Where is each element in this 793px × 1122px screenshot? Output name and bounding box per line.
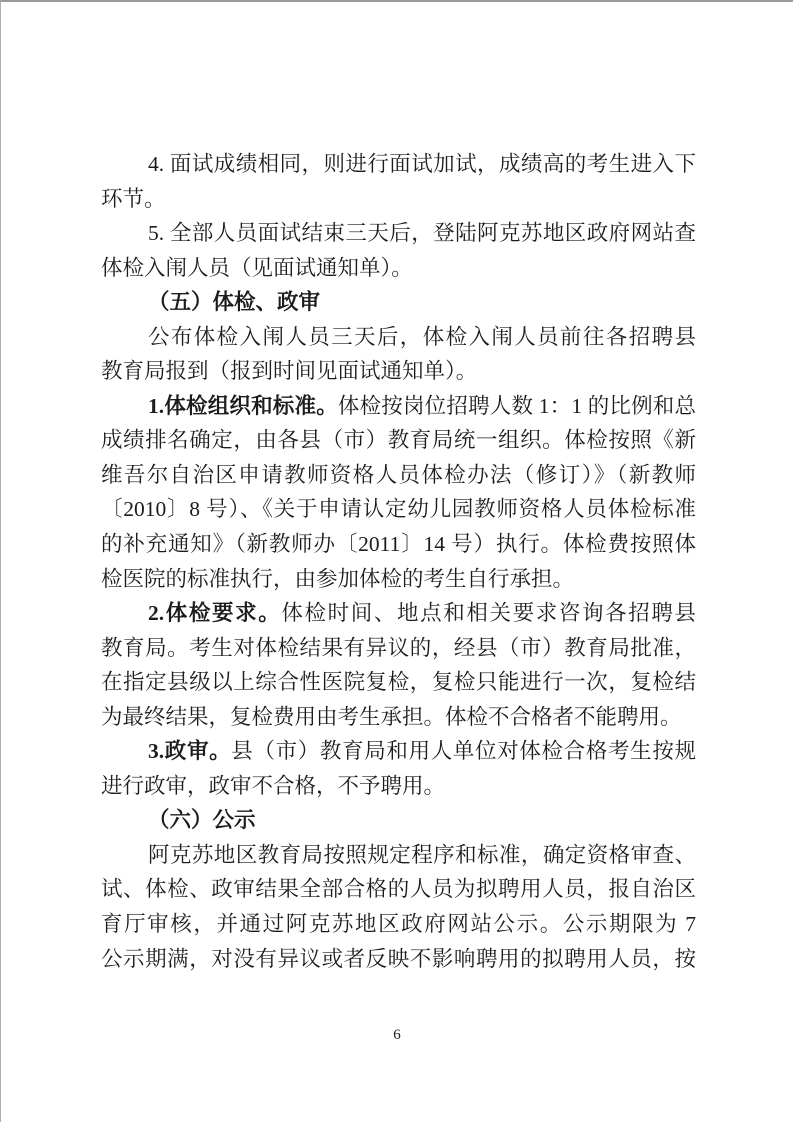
line-text: 育厅审核，并通过阿克苏地区政府网站公示。公示期限为 7 天。 xyxy=(101,912,696,942)
line-text: 教育局。考生对体检结果有异议的，经县（市）教育局批准，可 xyxy=(101,636,696,666)
line-text: 公示期满，对没有异议或者反映不影响聘用的拟聘用人员，按照 xyxy=(101,947,696,977)
text-line: 的补充通知》（新教师办〔2011〕14 号）执行。体检费按照体 xyxy=(101,527,696,562)
line-text: 〔2010〕8 号）、《关于申请认定幼儿园教师资格人员体检标准 xyxy=(101,497,696,521)
text-line: 3.政审。县（市）教育局和用人单位对体检合格考生按规定 xyxy=(101,734,696,769)
page-number: 6 xyxy=(1,1024,793,1046)
text-line: 进行政审，政审不合格，不予聘用。 xyxy=(101,769,696,804)
text-line: 维吾尔自治区申请教师资格人员体检办法（修订）》（新教师 xyxy=(101,458,696,493)
document-body: 4. 面试成绩相同，则进行面试加试，成绩高的考生进入下一 环节。 5. 全部人员… xyxy=(101,147,696,976)
line-text: 在指定县级以上综合性医院复检，复检只能进行一次，复检结果 xyxy=(101,670,696,700)
line-bold-lead: 1.体检组织和标准。 xyxy=(148,394,338,418)
line-text: 4. 面试成绩相同，则进行面试加试，成绩高的考生进入下一 xyxy=(101,152,696,182)
text-line: 1.体检组织和标准。体检按岗位招聘人数 1：1 的比例和总 xyxy=(101,389,696,424)
text-line: 为最终结果，复检费用由考生承担。体检不合格者不能聘用。 xyxy=(101,700,696,735)
text-line: 环节。 xyxy=(101,182,696,217)
heading-text: （五）体检、政审 xyxy=(148,290,320,314)
line-text: 公布体检入闱人员三天后，体检入闱人员前往各招聘县（市） xyxy=(101,325,696,355)
line-text: 进行政审，政审不合格，不予聘用。 xyxy=(101,774,445,798)
text-line: 试、体检、政审结果全部合格的人员为拟聘用人员，报自治区教 xyxy=(101,872,696,907)
line-text: 维吾尔自治区申请教师资格人员体检办法（修订）》（新教师 xyxy=(101,463,696,487)
text-line: 2.体检要求。体检时间、地点和相关要求咨询各招聘县（市） xyxy=(101,596,696,631)
heading-text: （六）公示 xyxy=(148,808,256,832)
line-text: 环节。 xyxy=(101,187,166,211)
section-heading: （五）体检、政审 xyxy=(101,285,696,320)
text-line: 教育局报到（报到时间见面试通知单）。 xyxy=(101,354,696,389)
text-line: 公示期满，对没有异议或者反映不影响聘用的拟聘用人员，按照 xyxy=(101,942,696,977)
text-line: 4. 面试成绩相同，则进行面试加试，成绩高的考生进入下一 xyxy=(101,147,696,182)
line-text: 5. 全部人员面试结束三天后，登陆阿克苏地区政府网站查询 xyxy=(101,221,696,251)
text-line: 教育局。考生对体检结果有异议的，经县（市）教育局批准，可 xyxy=(101,631,696,666)
line-text: 阿克苏地区教育局按照规定程序和标准，确定资格审查、面 xyxy=(101,843,696,873)
text-line: 在指定县级以上综合性医院复检，复检只能进行一次，复检结果 xyxy=(101,665,696,700)
section-heading: （六）公示 xyxy=(101,803,696,838)
text-line: 检医院的标准执行，由参加体检的考生自行承担。 xyxy=(101,562,696,597)
line-text: 的补充通知》（新教师办〔2011〕14 号）执行。体检费按照体 xyxy=(101,532,696,556)
line-text: 体检入闱人员（见面试通知单）。 xyxy=(101,256,413,280)
line-text: 成绩排名确定，由各县（市）教育局统一组织。体检按照《新疆 xyxy=(101,428,696,458)
line-bold-lead: 2.体检要求。 xyxy=(148,601,281,625)
text-line: 育厅审核，并通过阿克苏地区政府网站公示。公示期限为 7 天。 xyxy=(101,907,696,942)
line-text: 体检按岗位招聘人数 1：1 的比例和总 xyxy=(338,394,696,418)
line-text: 为最终结果，复检费用由考生承担。体检不合格者不能聘用。 xyxy=(101,705,682,729)
line-text: 试、体检、政审结果全部合格的人员为拟聘用人员，报自治区教 xyxy=(101,877,696,907)
text-line: 体检入闱人员（见面试通知单）。 xyxy=(101,251,696,286)
text-line: 〔2010〕8 号）、《关于申请认定幼儿园教师资格人员体检标准 xyxy=(101,492,696,527)
line-text: 教育局报到（报到时间见面试通知单）。 xyxy=(101,359,477,383)
text-line: 公布体检入闱人员三天后，体检入闱人员前往各招聘县（市） xyxy=(101,320,696,355)
line-text: 检医院的标准执行，由参加体检的考生自行承担。 xyxy=(101,567,574,591)
text-line: 5. 全部人员面试结束三天后，登陆阿克苏地区政府网站查询 xyxy=(101,216,696,251)
line-bold-lead: 3.政审。 xyxy=(148,739,231,763)
document-page: 4. 面试成绩相同，则进行面试加试，成绩高的考生进入下一 环节。 5. 全部人员… xyxy=(0,0,793,1122)
text-line: 阿克苏地区教育局按照规定程序和标准，确定资格审查、面 xyxy=(101,838,696,873)
text-line: 成绩排名确定，由各县（市）教育局统一组织。体检按照《新疆 xyxy=(101,423,696,458)
